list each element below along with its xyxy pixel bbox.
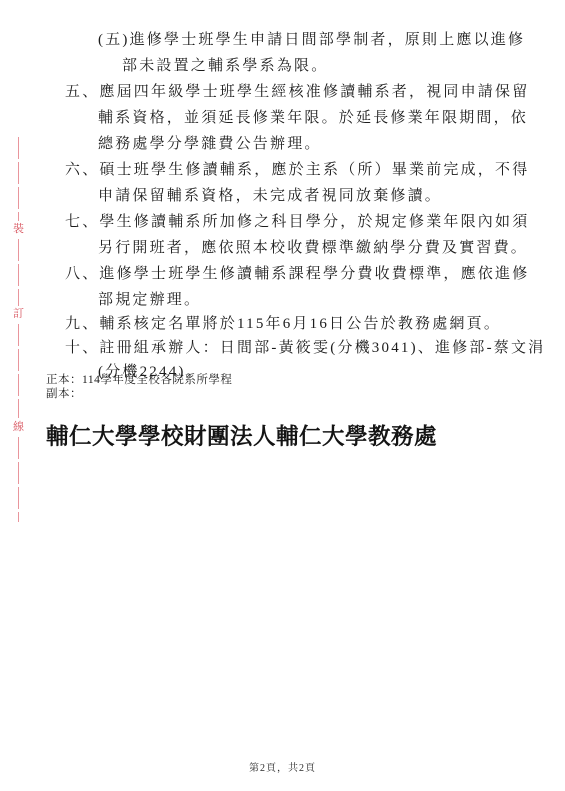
body-line: 部規定辦理。 <box>98 290 201 311</box>
body-line: 部未設置之輔系學系為限。 <box>122 56 328 77</box>
body-line: 七、學生修讀輔系所加修之科目學分，於規定修業年限內如須 <box>65 212 529 233</box>
body-line: 五、應屆四年級學士班學生經核准修讀輔系者，視同申請保留 <box>65 82 529 103</box>
body-line: (五)進修學士班學生申請日間部學制者，原則上應以進修 <box>98 30 525 51</box>
body-line: 九、輔系核定名單將於115年6月16日公告於教務處網頁。 <box>65 314 501 335</box>
body-line: 申請保留輔系資格，未完成者視同放棄修讀。 <box>98 186 442 207</box>
body-line: 輔系資格，並須延長修業年限。於延長修業年限期間，依 <box>98 108 528 129</box>
body-line: 十、註冊組承辦人：日間部-黃筱雯(分機3041)、進修部-蔡文涓 <box>65 338 545 359</box>
binding-line-segment <box>18 137 19 221</box>
binding-label-ding: 訂 <box>10 306 27 322</box>
issuer-title: 輔仁大學學校財團法人輔仁大學教務處 <box>46 419 437 451</box>
body-line: 另行開班者，應依照本校收費標準繳納學分費及實習費。 <box>98 238 528 259</box>
binding-line-segment <box>18 437 19 522</box>
body-line: 六、碩士班學生修讀輔系，應於主系（所）畢業前完成，不得 <box>65 160 529 181</box>
original-copy-line: 正本：114學年度全校各院系所學程 <box>46 373 232 387</box>
binding-label-xian: 線 <box>10 419 27 435</box>
binding-label-zhuang: 裝 <box>10 221 27 237</box>
body-line: 八、進修學士班學生修讀輔系課程學分費收費標準，應依進修 <box>65 264 529 285</box>
document-page: 裝 訂 線 (五)進修學士班學生申請日間部學制者，原則上應以進修 部未設置之輔系… <box>0 0 565 791</box>
carbon-copy-line: 副本： <box>46 387 82 401</box>
body-line: 總務處學分學雜費公告辦理。 <box>98 134 322 155</box>
binding-line-segment <box>18 239 19 306</box>
binding-line-segment <box>18 324 19 418</box>
page-number-indicator: 第2頁，共2頁 <box>0 759 565 774</box>
